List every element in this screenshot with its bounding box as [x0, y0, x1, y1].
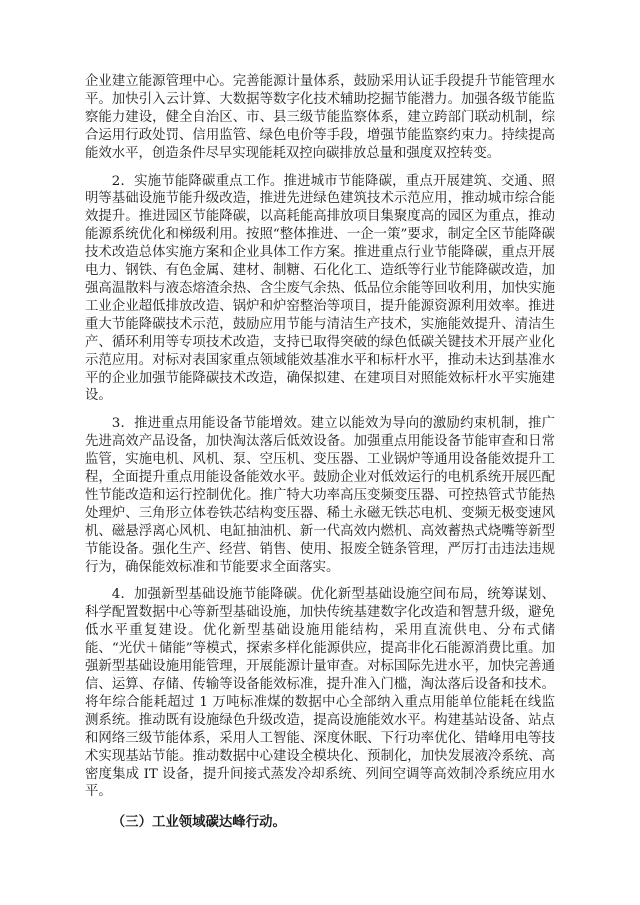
paragraph-3-key-equipment-efficiency: 3．推进重点用能设备节能增效。建立以能效为导向的激励约束机制，推广先进高效产品设… [85, 415, 555, 576]
document-page: 企业建立能源管理中心。完善能源计量体系，鼓励采用认证手段提升节能管理水平。加快引… [0, 0, 640, 905]
section-heading-industrial-carbon-peak: （三）工业领域碳达峰行动。 [85, 814, 555, 832]
paragraph-4-new-infrastructure: 4．加强新型基础设施节能降碳。优化新型基础设施空间布局，统筹谋划、科学配置数据中… [85, 586, 555, 801]
paragraph-2-energy-saving-key-work: 2．实施节能降碳重点工作。推进城市节能降碳，重点开展建筑、交通、照明等基础设施节… [85, 173, 555, 406]
paragraph-energy-management-continuation: 企业建立能源管理中心。完善能源计量体系，鼓励采用认证手段提升节能管理水平。加快引… [85, 73, 555, 163]
